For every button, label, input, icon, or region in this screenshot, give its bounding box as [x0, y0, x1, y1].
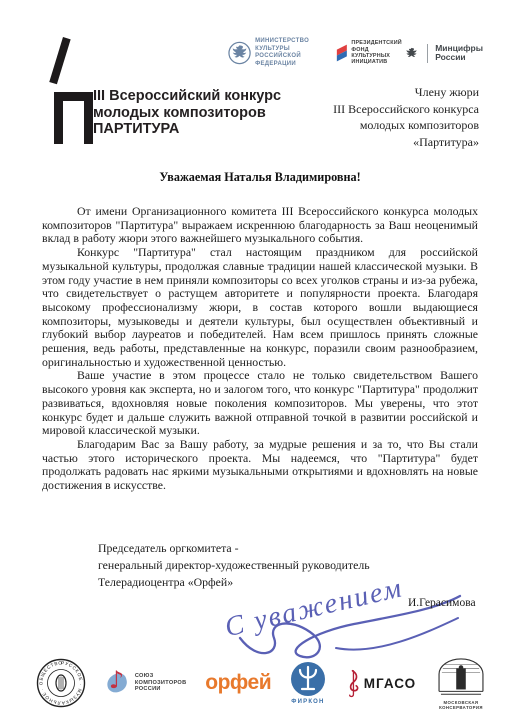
paragraph-2: Конкурс "Партитура" стал настоящим празд…: [42, 246, 478, 369]
competition-title-line1: III Всероссийский конкурс: [93, 88, 281, 105]
moscow-conservatory-logo: МОСКОВСКАЯ КОНСЕРВАТОРИЯ: [435, 657, 487, 710]
fund-line1: ПРЕЗИДЕНТСКИЙ: [351, 40, 403, 46]
handwritten-text: С уважением: [222, 576, 406, 643]
competition-title-line3: ПАРТИТУРА: [93, 121, 281, 138]
paragraph-3: Ваше участие в этом процессе стало не то…: [42, 369, 478, 438]
letter-body: От имени Организационного комитета III В…: [42, 205, 478, 493]
conservatory-line1: МОСКОВСКАЯ: [439, 700, 483, 705]
signatory-name: И.Герасимова: [408, 597, 476, 609]
firkon-label: ФИРКОН: [291, 699, 324, 705]
firkon-logo: ФИРКОН: [290, 661, 326, 705]
ministry-line2: РОССИЙСКОЙ ФЕДЕРАЦИИ: [255, 53, 336, 68]
mincifry-line2: России: [435, 53, 483, 63]
recipient-block: Члену жюри III Всероссийского конкурса м…: [333, 84, 479, 150]
orfey-wordmark: орфей: [205, 671, 271, 695]
conservatory-line2: КОНСЕРВАТОРИЯ: [439, 705, 483, 710]
union-line3: РОССИИ: [135, 686, 187, 692]
paragraph-1: От имени Организационного комитета III В…: [42, 205, 478, 246]
ministry-line1: МИНИСТЕРСТВО КУЛЬТУРЫ: [255, 38, 336, 53]
russian-musical-society-logo: РУССКОЕ · МУЗЫКАЛЬНОЕ · ОБЩЕСТВО: [36, 658, 86, 708]
mincifry-eagle-icon: [403, 45, 420, 62]
fund-flag-icon: [336, 42, 348, 64]
rms-seal-icon: РУССКОЕ · МУЗЫКАЛЬНОЕ · ОБЩЕСТВО: [36, 658, 86, 708]
paragraph-4: Благодарим Вас за Вашу работу, за мудрые…: [42, 438, 478, 493]
footer-logos: РУССКОЕ · МУЗЫКАЛЬНОЕ · ОБЩЕСТВО ♪ СОЮЗ …: [36, 648, 487, 718]
mincifry-logo: Минцифры России: [403, 44, 483, 63]
letter-page: МИНИСТЕРСТВО КУЛЬТУРЫ РОССИЙСКОЙ ФЕДЕРАЦ…: [0, 0, 513, 726]
header-logos: МИНИСТЕРСТВО КУЛЬТУРЫ РОССИЙСКОЙ ФЕДЕРАЦ…: [228, 36, 483, 70]
competition-title-line2: молодых композиторов: [93, 105, 281, 122]
salutation: Уважаемая Наталья Владимировна!: [42, 170, 478, 185]
recipient-line3: молодых композиторов: [333, 117, 479, 134]
recipient-line1: Члену жюри: [333, 84, 479, 101]
competition-title: III Всероссийский конкурс молодых композ…: [93, 88, 281, 138]
mgaso-clef-icon: [345, 668, 360, 698]
firkon-fork-icon: [290, 661, 326, 697]
ministry-of-culture-logo: МИНИСТЕРСТВО КУЛЬТУРЫ РОССИЙСКОЙ ФЕДЕРАЦ…: [228, 38, 336, 68]
mgaso-label: МГАСО: [364, 676, 416, 691]
partitura-pi-mark: [54, 92, 93, 144]
recipient-line4: «Партитура»: [333, 134, 479, 151]
double-eagle-icon: [228, 40, 251, 66]
presidential-fund-logo: ПРЕЗИДЕНТСКИЙ ФОНД КУЛЬТУРНЫХ ИНИЦИАТИВ: [336, 40, 403, 66]
conservatory-emblem-icon: [435, 657, 487, 699]
fund-line3: ИНИЦИАТИВ: [351, 59, 403, 65]
partitura-baton-mark: [49, 37, 70, 84]
union-clef-icon: ♪: [105, 669, 131, 697]
signatory-title-line2: генеральный директор-художественный руко…: [98, 557, 370, 574]
union-of-composers-logo: ♪ СОЮЗ КОМПОЗИТОРОВ РОССИИ: [105, 669, 187, 697]
mgaso-logo: МГАСО: [345, 668, 416, 698]
signatory-title-line1: Председатель оргкомитета -: [98, 540, 370, 557]
divider: [427, 44, 428, 63]
fund-line2: ФОНД КУЛЬТУРНЫХ: [351, 47, 403, 60]
orfey-logo: орфей: [205, 671, 271, 695]
signature-flourish-2: [336, 618, 458, 650]
recipient-line2: III Всероссийского конкурса: [333, 101, 479, 118]
